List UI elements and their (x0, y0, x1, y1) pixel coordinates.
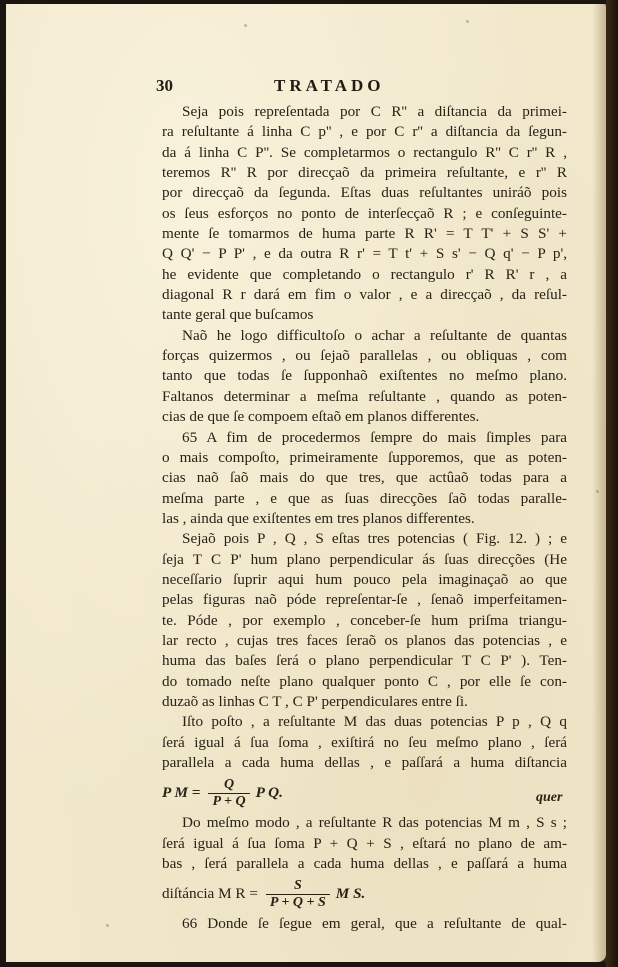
paper-speck (466, 20, 469, 23)
text-line: parallela a cada huma dellas , e paſſará… (162, 753, 567, 773)
text-line: ſerá igual á ſua ſoma P + Q + S , eſtará… (162, 834, 567, 854)
fraction: Q P + Q (208, 777, 249, 810)
fraction-numerator: S (290, 878, 306, 894)
text-line: bas , ſerá parallela a cada huma dellas … (162, 854, 567, 874)
text-line: o mais compoſto, primeiramente ſupporemo… (162, 448, 567, 468)
text-line: ſeja T C P' hum plano perpendicular ás ſ… (162, 550, 567, 570)
text-line: por direcçaõ da ſegunda. Eſtas duas reſu… (162, 183, 567, 203)
text-line: teremos R'' R por direcçaõ da primeira r… (162, 163, 567, 183)
text-line: duzaõ as linhas C T , C P' perpendicular… (162, 692, 567, 712)
paper-speck (244, 24, 247, 27)
paragraph-block-3: 66 Donde ſe ſegue em geral, que a reſult… (162, 914, 567, 934)
text-line: ſerá igual á ſua ſoma , exiſtirá no ſeu … (162, 733, 567, 753)
text-line: tante geral que buſcamos (162, 305, 567, 325)
text-line: te. Póde , por exemplo , conceber-ſe hum… (162, 611, 567, 631)
text-line: ra reſultante á linha C p'' , e por C r'… (162, 122, 567, 142)
formula-pm: P M = Q P + Q P Q. (162, 773, 567, 813)
text-line: Q Q' − P P' , e da outra R r' = T t' + S… (162, 244, 567, 264)
paper-speck (106, 924, 109, 927)
text-line: mente ſe tomarmos de huma parte R R' = T… (162, 224, 567, 244)
text-line: diagonal R r dará em fim o valor , e a d… (162, 285, 567, 305)
text-line: las , ainda que exiſtentes em tres plano… (162, 509, 567, 529)
catchword: quer (536, 790, 562, 806)
text-line: meſma parte , e que as ſuas direcções ſa… (162, 489, 567, 509)
text-line: Seja pois repreſentada por C R'' a diſta… (162, 102, 567, 122)
text-line: 65 A fim de procedermos ſempre do mais ſ… (162, 428, 567, 448)
text-line: cias naõ ſaõ mais do que tres, que actûa… (162, 468, 567, 488)
text-line: do tomado neſte plano qualquer ponto C ,… (162, 672, 567, 692)
text-line: tanto que todas ſe ſupponhaõ exiſtentes … (162, 366, 567, 386)
running-title: TRATADO (274, 76, 385, 96)
text-line: cias de que ſe compoem eſtaõ em planos d… (162, 407, 567, 427)
text-line: pelas figuras naõ póde repreſentar-ſe , … (162, 590, 567, 610)
fraction-numerator: Q (220, 777, 238, 793)
text-line: Iſto poſto , a reſultante M das duas pot… (162, 712, 567, 732)
text-line: lar recto , cujas tres faces ſeraõ os pl… (162, 631, 567, 651)
text-line: da á linha C P''. Se completarmos o rect… (162, 143, 567, 163)
paper-speck (596, 490, 599, 493)
text-line: Sejaõ pois P , Q , S eſtas tres potencia… (162, 529, 567, 549)
page-number: 30 (156, 76, 173, 96)
text-line: forças quizermos , ou ſejaõ parallelas ,… (162, 346, 567, 366)
text-line: huma das baſes ſerá o plano perpendicula… (162, 651, 567, 671)
text-line: Faltanos determinar a meſma reſultante ,… (162, 387, 567, 407)
formula-mr: diſtáncia M R = S P + Q + S M S. (162, 874, 567, 914)
fraction: S P + Q + S (266, 878, 330, 911)
page-edge-shadow (592, 4, 606, 962)
text-line: he evidente que completando o rectangulo… (162, 265, 567, 285)
fraction-denominator: P + Q (208, 793, 249, 810)
fraction-denominator: P + Q + S (266, 894, 330, 911)
body-text: Seja pois repreſentada por C R'' a diſta… (162, 102, 567, 935)
text-line: Naõ he logo difficultoſo o achar a reſul… (162, 326, 567, 346)
formula-rhs: P Q. (256, 783, 283, 803)
paragraph-block-2: Do meſmo modo , a reſultante R das poten… (162, 813, 567, 874)
text-line: neceſſario ſuprir aqui hum pouco pela im… (162, 570, 567, 590)
page-header: 30 TRATADO (154, 76, 564, 98)
formula-lhs: P M = (162, 783, 200, 803)
formula-lhs: diſtáncia M R = (162, 884, 258, 904)
text-line: Do meſmo modo , a reſultante R das poten… (162, 813, 567, 833)
text-line: os ſeus esforços no ponto de interſecçaõ… (162, 204, 567, 224)
paragraph-block-1: Seja pois repreſentada por C R'' a diſta… (162, 102, 567, 773)
text-line: 66 Donde ſe ſegue em geral, que a reſult… (162, 914, 567, 934)
book-spine-shadow (606, 0, 618, 967)
formula-rhs: M S. (336, 884, 366, 904)
